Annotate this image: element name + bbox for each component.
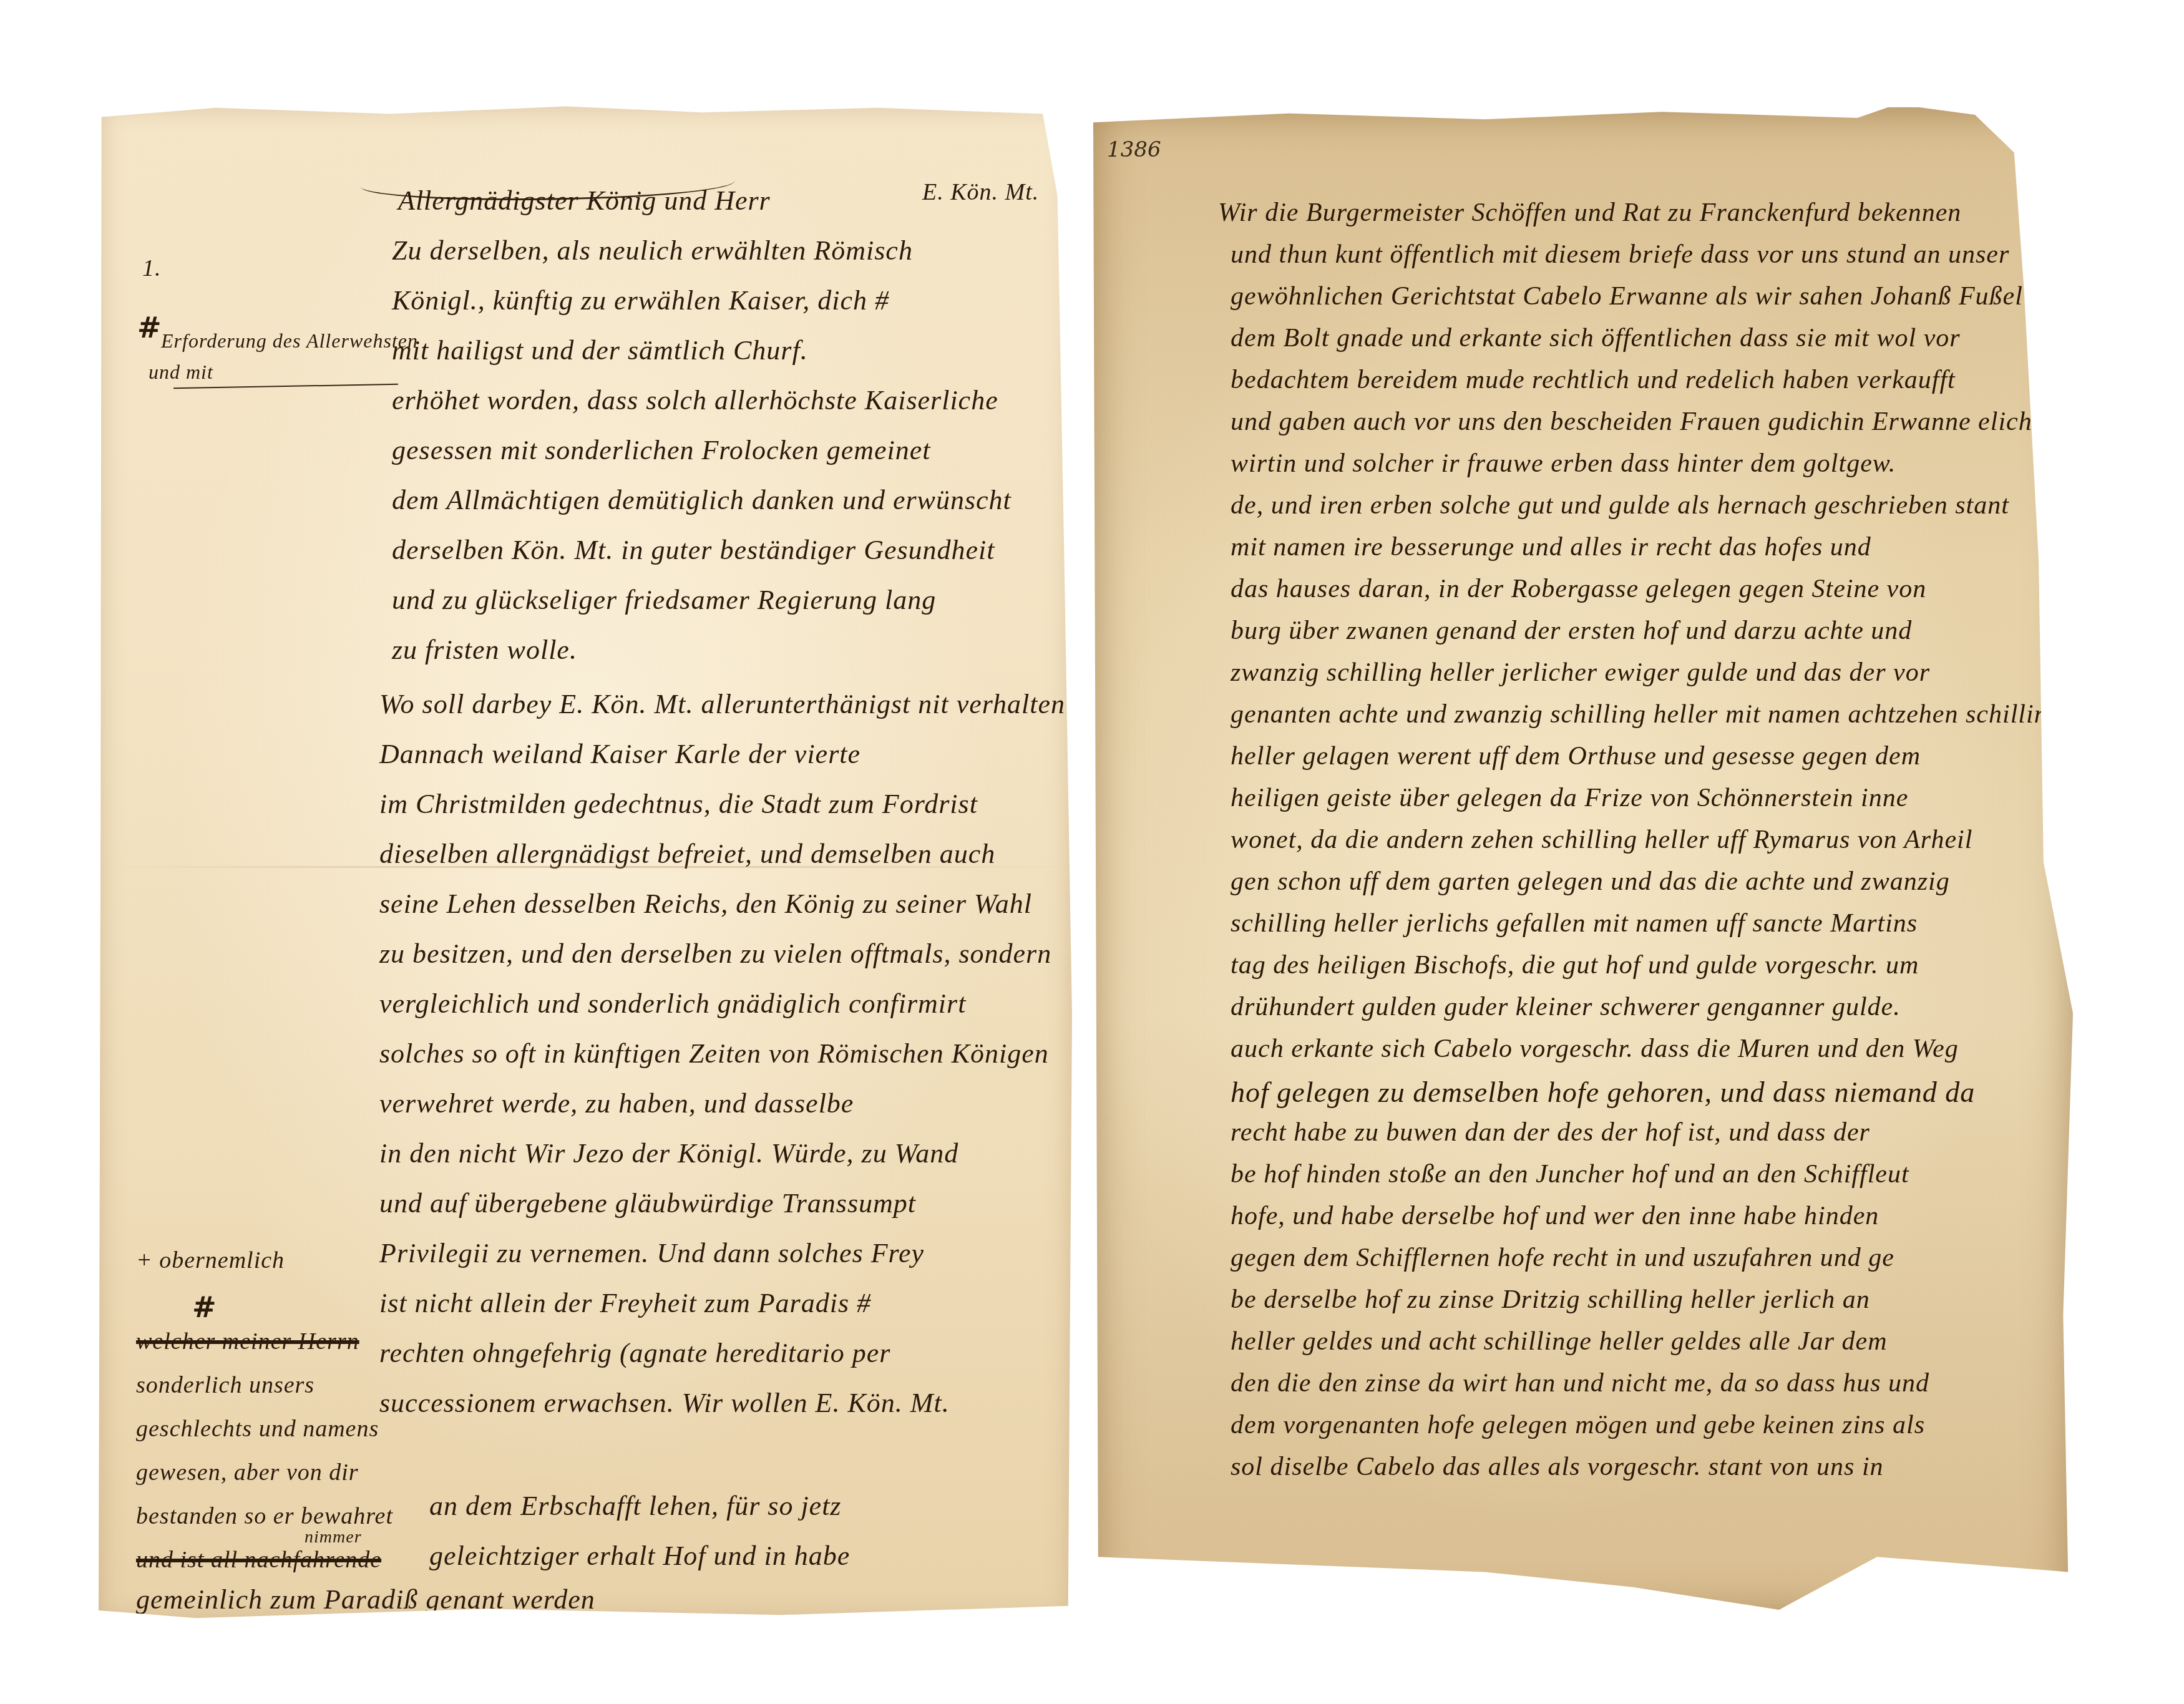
text-line: sol diselbe Cabelo das alles als vorgesc… — [1231, 1452, 1884, 1482]
text-line: dem Bolt gnade und erkante sich öffentli… — [1231, 323, 1961, 353]
text-line: dem vorgenanten hofe gelegen mögen und g… — [1231, 1410, 1925, 1440]
text-line: Privilegii zu vernemen. Und dann solches… — [379, 1237, 924, 1269]
text-line: und gaben auch vor uns den bescheiden Fr… — [1231, 407, 2044, 437]
text-line: recht habe zu buwen dan der des der hof … — [1231, 1117, 1870, 1147]
text-line: heller geldes und acht schillinge heller… — [1231, 1327, 1888, 1356]
text-line: genanten achte und zwanzig schilling hel… — [1231, 699, 2062, 729]
text-line: be hof hinden stoße an den Juncher hof u… — [1231, 1159, 1909, 1189]
margin-number: 1. — [142, 255, 162, 282]
text-line: an dem Erbschafft lehen, für so jetz — [429, 1490, 842, 1522]
text-line: gewöhnlichen Gerichtstat Cabelo Erwanne … — [1231, 281, 2023, 311]
text-line: zwanzig schilling heller jerlicher ewige… — [1231, 658, 1930, 688]
text-line: gen schon uff dem garten gelegen und das… — [1231, 867, 1950, 897]
interlinear-insertion: nimmer — [305, 1527, 362, 1547]
struck-margin-note: und ist all nachfahrende — [136, 1546, 381, 1574]
text-line: tag des heiligen Bischofs, die gut hof u… — [1231, 950, 1919, 980]
text-line: mit namen ire besserunge und alles ir re… — [1231, 532, 1871, 562]
text-line: im Christmilden gedechtnus, die Stadt zu… — [379, 788, 978, 820]
margin-note-line-2: und mit — [149, 361, 213, 384]
text-line: derselben Kön. Mt. in guter beständiger … — [392, 534, 995, 566]
right-manuscript-page: 1386 Wir die Burgermeister Schöffen und … — [1093, 107, 2073, 1617]
text-line: be derselbe hof zu zinse Dritzig schilli… — [1231, 1285, 1870, 1315]
text-line: mit hailigst und der sämtlich Churf. — [392, 334, 808, 366]
text-line: den die den zinse da wirt han und nicht … — [1231, 1368, 1929, 1398]
margin-note: geschlechts und namens — [136, 1415, 379, 1443]
margin-note: + obernemlich — [136, 1247, 285, 1274]
margin-note: gewesen, aber von dir — [136, 1459, 359, 1486]
margin-divider-rule — [173, 384, 398, 389]
text-line: gemeinlich zum Paradiß genant werden — [136, 1584, 595, 1615]
margin-note: sonderlich unsers — [136, 1371, 314, 1399]
margin-hash-marker: # — [192, 1290, 217, 1324]
margin-hash-marker: # — [137, 311, 162, 344]
text-line: vergleichlich und sonderlich gnädiglich … — [379, 988, 966, 1020]
greeting-heading: Allergnädigster König und Herr — [398, 185, 771, 217]
text-line: das hauses daran, in der Robergasse gele… — [1231, 574, 1926, 604]
text-line: verwehret werde, zu haben, und dasselbe — [379, 1088, 854, 1119]
text-line: Königl., künftig zu erwählen Kaiser, dic… — [392, 285, 889, 316]
text-line: auch erkante sich Cabelo vorgeschr. dass… — [1231, 1034, 1959, 1064]
text-line: successionem erwachsen. Wir wollen E. Kö… — [379, 1387, 950, 1419]
text-line: seine Lehen desselben Reichs, den König … — [379, 888, 1032, 920]
text-line: und zu glückseliger friedsamer Regierung… — [392, 584, 936, 616]
text-line: de, und iren erben solche gut und gulde … — [1231, 490, 2009, 520]
text-line: in den nicht Wir Jezo der Königl. Würde,… — [379, 1137, 958, 1169]
text-line: drühundert gulden guder kleiner schwerer… — [1231, 992, 1901, 1022]
text-line: heiligen geiste über gelegen da Frize vo… — [1231, 783, 1908, 813]
text-line: und thun kunt öffentlich mit diesem brie… — [1231, 240, 2009, 270]
text-line: rechten ohngefehrig (agnate hereditario … — [379, 1337, 890, 1369]
text-line: dem Allmächtigen demütiglich danken und … — [392, 484, 1012, 516]
text-line: hof gelegen zu demselben hofe gehoren, u… — [1231, 1076, 1975, 1109]
text-line: burg über zwanen genand der ersten hof u… — [1231, 616, 1912, 646]
text-line: Wo soll darbey E. Kön. Mt. allerunterthä… — [379, 688, 1065, 720]
text-line: geleichtziger erhalt Hof und in habe — [429, 1540, 850, 1572]
text-line: hofe, und habe derselbe hof und wer den … — [1231, 1201, 1879, 1231]
folio-number: 1386 — [1107, 137, 1161, 162]
text-line: Zu derselben, als neulich erwählten Römi… — [392, 235, 913, 266]
text-line: dieselben allergnädigst befreiet, und de… — [379, 838, 995, 870]
text-line: schilling heller jerlichs gefallen mit n… — [1231, 908, 1918, 938]
margin-note: bestanden so er bewahret — [136, 1502, 393, 1530]
text-line: wonet, da die andern zehen schilling hel… — [1231, 825, 1972, 855]
text-line: solches so oft in künftigen Zeiten von R… — [379, 1038, 1049, 1069]
text-line: ist nicht allein der Freyheit zum Paradi… — [379, 1287, 871, 1319]
text-line: zu fristen wolle. — [392, 634, 577, 666]
text-line: zu besitzen, und den derselben zu vielen… — [379, 938, 1051, 970]
left-manuscript-page: 1. # Erforderung des Allerwehsten und mi… — [99, 105, 1072, 1621]
text-line: erhöhet worden, dass solch allerhöchste … — [392, 384, 998, 416]
text-line: Wir die Burgermeister Schöffen und Rat z… — [1218, 198, 1961, 228]
heading-abbreviation: E. Kön. Mt. — [922, 178, 1039, 206]
text-line: heller gelagen werent uff dem Orthuse un… — [1231, 741, 1921, 771]
text-line: gegen dem Schifflernen hofe recht in und… — [1231, 1243, 1894, 1273]
struck-margin-note: welcher meiner Herrn — [136, 1328, 359, 1355]
text-line: Dannach weiland Kaiser Karle der vierte — [379, 738, 860, 770]
text-line: wirtin und solcher ir frauwe erben dass … — [1231, 449, 1896, 479]
margin-note-line-1: Erforderung des Allerwehsten — [161, 329, 418, 353]
text-line: gesessen mit sonderlichen Frolocken geme… — [392, 434, 930, 466]
text-line: und auf übergebene gläubwürdige Transsum… — [379, 1187, 916, 1219]
text-line: bedachtem bereidem mude rechtlich und re… — [1231, 365, 1956, 395]
